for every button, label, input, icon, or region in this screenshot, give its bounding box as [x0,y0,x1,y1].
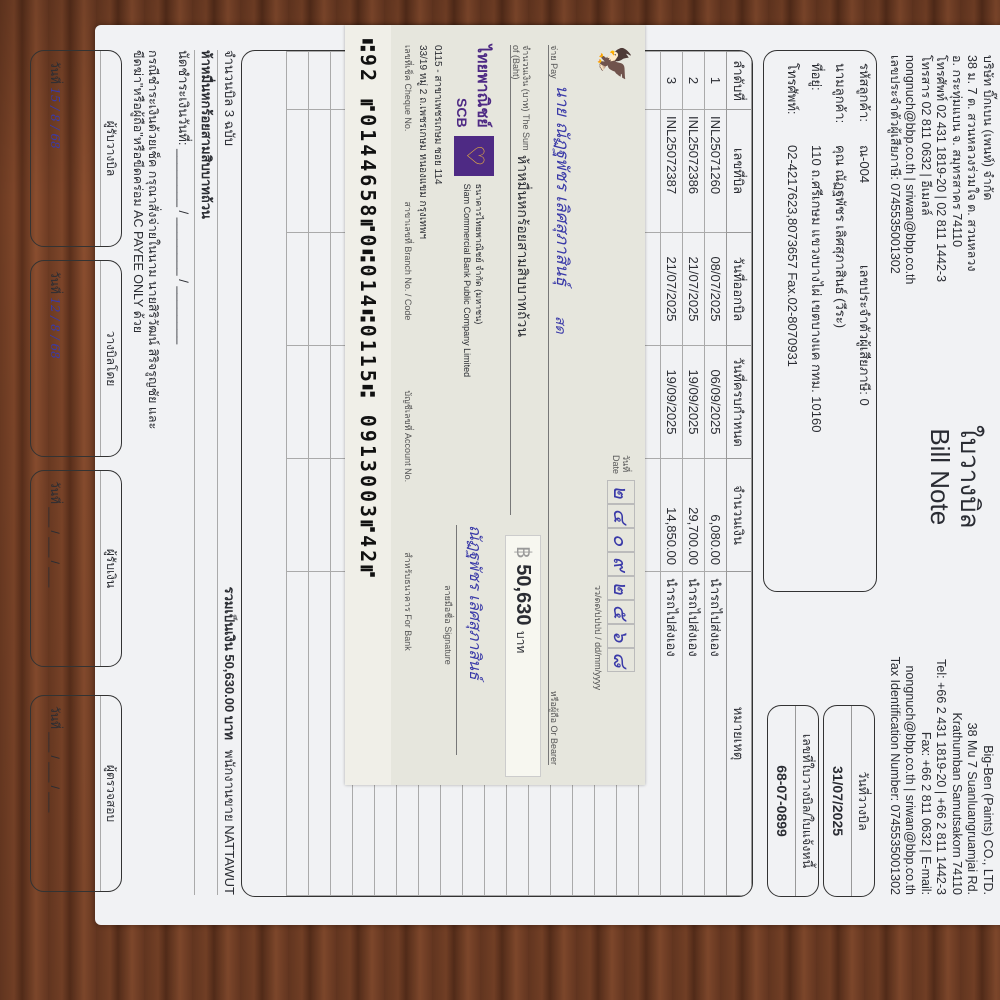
garuda-emblem-icon: 🦅 [596,45,631,82]
cell-due-date: 19/09/2025 [683,346,705,459]
cheque-amount-unit: บาท [514,631,528,653]
company-info-thai: บริษัท บิ๊กเบน (เพนท์) จำกัด 38 ม. 7 ต. … [887,55,996,284]
salesperson: พนักงานขาย NATTAWUT [218,750,240,895]
empty-cell [287,233,309,346]
note-line-2: ขีดฆ่า"หรือผู้ถือ"หรือขีดคร่อม AC PAYEE … [130,50,145,650]
table-row: 1INL2507126008/07/202506/09/20256,080.00… [705,52,727,896]
drawer-signature: ณัฏฐพัชร เลิศสุภาสินธ์ [466,525,485,680]
signature-box-billed-by: วางบิลโดย วันที่ 12 / 8 / 68 [30,260,122,457]
signature-label: ผู้รับเงิน [100,471,121,666]
empty-cell [287,110,309,233]
total-amount: รวมเป็นเงิน 50,630.00 บาท [218,587,240,740]
company-email-en: nongnuch@bbp.co.th | sriwan@bbp.co.th [902,657,918,895]
cell-invoice: INL25071260 [705,110,727,233]
payment-date-label: นัดชำระเงินวันที่: [176,50,191,145]
amount-words-line: จำนวนเงิน (บาท) The Sum of (Baht) ห้าหมื… [510,45,539,515]
cell-no: 2 [683,52,705,110]
cheque-date-digits: ๒๔๐๙๒๕๖๘ [607,480,635,672]
for-bank-label: สำหรับธนาคาร For Bank [403,552,413,651]
date-label: วันที่ [48,706,62,729]
date-digit: ๖ [607,624,635,648]
cheque: 🦅 วันที่Date ๒๔๐๙๒๕๖๘ วว/ดด/ปปปป / dd/mm… [345,25,645,785]
signature-label: ลายมือชื่อ Signature [443,585,453,665]
customer-code-label: รหัสลูกค้า: [852,63,876,145]
signature-label: วางบิลโดย [100,261,121,456]
date-format-hint: วว/ดด/ปปปป / dd/mm/yyyy [593,585,603,690]
bill-number-label: เลขที่ใบวางบิล/ใบแจ้งหนี้ [795,706,818,896]
payee-name: นาย ณัฏฐพัชร เลิศสุภาสินธุ์ [549,85,576,286]
baht-icon: ฿ [512,546,534,559]
cheque-amount-box: ฿ 50,630 บาท [505,535,541,777]
micr-line: ⑆92 ⑈0144658⑈0⑆014⑆0115⑆ 0913003⑈42⑈ [345,25,391,785]
empty-cell [309,346,331,459]
customer-phone-label: โทรศัพท์: [780,63,804,145]
date-value: ___ / ___ / ___ [48,732,62,812]
company-tax-id-th: เลขประจำตัวผู้เสียภาษี: 0745535001302 [887,55,903,284]
signature-date: วันที่ ___ / ___ / ___ [45,696,100,891]
header-no: ลำดับที่ [727,52,752,110]
document-title: ใบวางบิล Bill Note [925,425,985,529]
summary-row: จำนวนบิล 3 ฉบับ รวมเป็นเงิน 50,630.00 บา… [217,50,240,895]
header-issue-date: วันที่ออกบิล [727,233,752,346]
empty-cell [287,459,309,572]
cell-no: 1 [705,52,727,110]
company-info-english: Big-Ben (Paints) CO., LTD. 38 Mu 7 Suanl… [887,657,996,895]
empty-cell [287,52,309,110]
cell-due-date: 06/09/2025 [705,346,727,459]
cell-amount: 14,850.00 [661,459,683,572]
table-row: 2INL2507238621/07/202519/09/202529,700.0… [683,52,705,896]
summary-section: จำนวนบิล 3 ฉบับ รวมเป็นเงิน 50,630.00 บา… [172,50,240,895]
date-digit: ๐ [607,528,635,552]
cell-due-date: 19/09/2025 [661,346,683,459]
table-row: 3INL2507238721/07/202519/09/202514,850.0… [661,52,683,896]
branch-address: 33/19 หมู่ 2 ถ.เพชรเกษม หนองแขม กรุงเทพฯ [415,45,430,239]
customer-code: ณ-004 [852,145,876,265]
empty-cell [287,346,309,459]
title-thai: ใบวางบิล [955,425,985,529]
customer-address-label: ที่อยู่: [804,63,828,145]
cheque-date: วันที่Date ๒๔๐๙๒๕๖๘ [607,455,635,672]
cheque-date-label: วันที่Date [611,455,631,474]
cheque-top-row: 🦅 [596,45,631,82]
bill-number-box: เลขที่ใบวางบิล/ใบแจ้งหนี้ 68-07-0899 [767,705,819,897]
cell-issue-date: 21/07/2025 [661,233,683,346]
date-label: วันที่ [48,481,62,504]
cash-note: สด [549,316,571,334]
header-amount: จำนวนเงิน [727,459,752,572]
cell-remark: นำรถไปส่งเอง [683,572,705,896]
note-line-1: กรณีชำระเงินด้วยเช็ค กรุณาสั่งจ่ายในนาม … [145,50,160,650]
signature-line: ณัฏฐพัชร เลิศสุภาสินธ์ [456,525,487,755]
signature-date: วันที่ ___ / ___ / ___ [45,471,100,666]
date-digit: ๙ [607,552,635,576]
date-label-en: Date [611,455,621,474]
branch-code-label: สาขาเลขที่ Branch No. / Code [403,201,413,320]
signature-date: วันที่ 15 / 8 / 68 [45,51,100,246]
account-no-label: บัญชีเลขที่ Account No. [403,390,413,482]
bill-date-label: วันที่วางบิล [851,706,874,896]
amount-words-row: ห้าหมื่นหกร้อยสามสิบบาทถ้วน [194,50,217,895]
bank-full-th: ธนาคารไทยพาณิชย์ จำกัด (มหาชน) [473,184,487,378]
header-remark: หมายเหตุ [727,572,752,896]
cell-amount: 29,700.00 [683,459,705,572]
date-digit: ๕ [607,600,635,624]
cell-invoice: INL25072386 [683,110,705,233]
company-fax-th: โทรสาร 02 811 0632 | อีเมลล์ [918,55,934,284]
signature-date: วันที่ 12 / 8 / 68 [45,261,100,456]
date-label: วันที่ [48,61,62,84]
company-name-en: Big-Ben (Paints) CO., LTD. [980,657,996,895]
signature-box-payee: ผู้รับเงิน วันที่ ___ / ___ / ___ [30,470,122,667]
date-value: 12 / 8 / 68 [48,297,62,359]
date-digit: ๘ [607,648,635,672]
bill-date-box: วันที่วางบิล 31/07/2025 [823,705,875,897]
scb-logo-icon: ♡ [455,136,495,176]
date-value: ___ / ___ / ___ [48,507,62,587]
bill-note-document: บริษัท บิ๊กเบน (เพนท์) จำกัด 38 ม. 7 ต. … [95,25,1000,925]
cell-amount: 6,080.00 [705,459,727,572]
cheque-amount: 50,630 [512,564,534,625]
company-tax-id-en: Tax Identification Number: 0745535001302 [887,657,903,895]
customer-name: คุณ ณัฏฐพัชร เลิศสุภาสินธ์ (วีระ) [828,145,852,328]
bank-full-name: ธนาคารไทยพาณิชย์ จำกัด (มหาชน)Siam Comme… [463,184,487,378]
empty-row [287,52,309,896]
payment-date-row: นัดชำระเงินวันที่: ________ / ________ /… [172,50,194,895]
bank-short-name: SCB [454,45,470,128]
payment-note: กรณีชำระเงินด้วยเช็ค กรุณาสั่งจ่ายในนาม … [130,50,160,650]
date-digit: ๔ [607,504,635,528]
title-english: Bill Note [925,425,955,529]
bill-number-value: 68-07-0899 [769,706,795,896]
signature-label: ผู้ตรวจสอบ [100,696,121,891]
signature-box-auditor: ผู้ตรวจสอบ วันที่ ___ / ___ / ___ [30,695,122,892]
bill-count: จำนวนบิล 3 ฉบับ [218,50,240,146]
amount-in-words: ห้าหมื่นหกร้อยสามสิบบาทถ้วน [195,50,217,219]
bank-branding: ไทยพาณิชย์SCB ♡ ธนาคารไทยพาณิชย์ จำกัด (… [454,45,495,377]
or-bearer-label: หรือผู้ถือ Or Bearer [549,691,559,765]
payment-date-blank: ________ / ________ / ________ [176,149,191,344]
bank-name-block: ไทยพาณิชย์SCB [454,45,495,128]
bank-name-th: ไทยพาณิชย์ [470,45,495,128]
empty-row [309,52,331,896]
header-invoice: เลขที่บิล [727,110,752,233]
date-label: วันที่ [48,271,62,294]
company-address-th-2: อ. กระทุ่มแบน จ. สมุทรสาคร 74110 [949,55,965,284]
customer-name-row: นามลูกค้า: คุณ ณัฏฐพัชร เลิศสุภาสินธ์ (ว… [828,51,852,591]
company-address-en-2: Krathumban Samutsakorn 74110 [949,657,965,895]
customer-code-row: รหัสลูกค้า: ณ-004 เลขประจำตัวผู้เสียภาษี… [852,51,876,591]
date-digit: ๒ [607,480,635,504]
signature-label: ผู้รับวางบิล [100,51,121,246]
customer-name-label: นามลูกค้า: [828,63,852,145]
cell-remark: นำรถไปส่งเอง [661,572,683,896]
payee-line: จ่าย Pay นาย ณัฏฐพัชร เลิศสุภาสินธุ์ สด … [548,45,579,765]
bank-full-en: Siam Commercial Bank Public Company Limi… [463,184,473,378]
empty-cell [309,233,331,346]
cell-remark: นำรถไปส่งเอง [705,572,727,896]
empty-cell [309,572,331,896]
cell-invoice: INL25072387 [661,110,683,233]
cell-no: 3 [661,52,683,110]
cheque-amount-words: ห้าหมื่นหกร้อยสามสิบบาทถ้วน [511,155,533,337]
cell-issue-date: 08/07/2025 [705,233,727,346]
company-fax-en: Fax: +66 2 811 0632 | E-mail: [918,657,934,895]
customer-phone-row: โทรศัพท์: 02-4217623,8073657 Fax.02-8070… [780,51,804,591]
company-phone-th: โทรศัพท์ 02 431 1819-20 | 02 811 1442-3 [933,55,949,284]
customer-address: 110 ถ.ศรีเกษม แขวงบางไผ่ เขตบางแค กทม. 1… [804,145,828,432]
company-phone-en: Tel: +66 2 431 1819-20 | +66 2 811 1442-… [933,657,949,895]
branch-info: 0115 - สาขาเพชรเกษม ซอย 114 33/19 หมู่ 2… [415,45,445,239]
cheque-no-label: เลขที่เช็ค Cheque No. [403,45,413,131]
cell-issue-date: 21/07/2025 [683,233,705,346]
customer-phone: 02-4217623,8073657 Fax.02-8070931 [780,145,804,367]
customer-info-box: รหัสลูกค้า: ณ-004 เลขประจำตัวผู้เสียภาษี… [763,50,877,592]
date-label-th: วันที่ [621,455,631,474]
header-due-date: วันที่ครบกำหนด [727,346,752,459]
sum-label: จำนวนเงิน (บาท) The Sum of (Baht) [511,45,531,155]
branch-name: 0115 - สาขาเพชรเกษม ซอย 114 [430,45,445,239]
company-address-th-1: 38 ม. 7 ต. สวนหลวงร่วมใจ ต. สวนหลวง [964,55,980,284]
company-name-th: บริษัท บิ๊กเบน (เพนท์) จำกัด [980,55,996,284]
empty-cell [309,52,331,110]
customer-address-row: ที่อยู่: 110 ถ.ศรีเกษม แขวงบางไผ่ เขตบาง… [804,51,828,591]
customer-tax-id: เลขประจำตัวผู้เสียภาษี: 0 [852,265,876,406]
table-header-row: ลำดับที่ เลขที่บิล วันที่ออกบิล วันที่คร… [727,52,752,896]
empty-cell [309,459,331,572]
company-address-en-1: 38 Mu 7 Suanluangruamjai Rd. [964,657,980,895]
photo-frame: บริษัท บิ๊กเบน (เพนท์) จำกัด 38 ม. 7 ต. … [50,40,980,960]
empty-cell [309,110,331,233]
date-digit: ๒ [607,576,635,600]
payee-label: จ่าย Pay [549,45,559,85]
bill-date-value: 31/07/2025 [825,706,851,896]
cheque-field-labels: เลขที่เช็ค Cheque No. สาขาเลขที่ Branch … [403,45,413,651]
empty-cell [287,572,309,896]
date-value: 15 / 8 / 68 [48,87,62,149]
company-email-th: nongnuch@bbp.co.th | sriwan@bbp.co.th [902,55,918,284]
signature-box-receiver: ผู้รับวางบิล วันที่ 15 / 8 / 68 [30,50,122,247]
